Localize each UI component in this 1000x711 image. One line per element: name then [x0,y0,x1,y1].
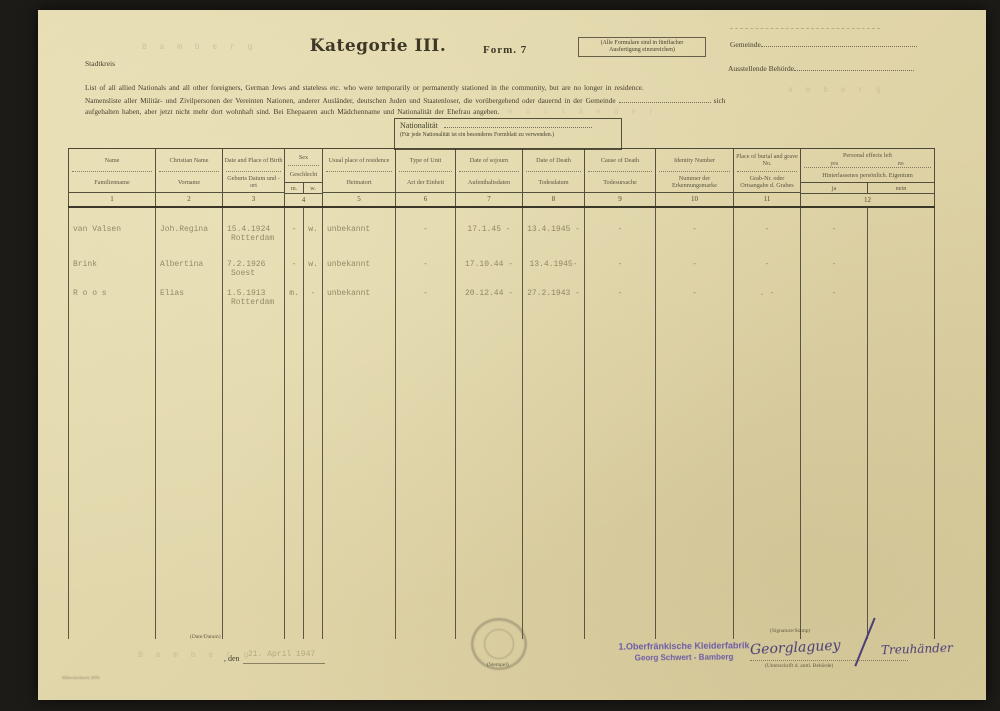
cell-burial: - [734,225,800,234]
col-header-en: Usual place of residence [323,149,395,171]
cell-residence: unbekannt [327,260,370,269]
col-header-num: 5 [323,192,395,205]
cell-burial: - [734,260,800,269]
col-header-de: Familienname [69,172,155,192]
signature-title: Treuhänder [881,641,953,657]
cell-birth-date: 15.4.1924 [227,225,270,234]
effects-nein-label: nein [867,183,934,193]
cell-birth-place: Rotterdam [231,234,274,243]
col-header-en: Type of Unit [396,149,455,171]
signature-dotted-line [750,660,908,661]
faint-nationality-value: H o l l ä n d e r [508,108,658,117]
intro-blank-line [619,102,711,103]
col-header-identity: Identity Number Nummer der Erkennungsmar… [655,149,733,206]
col-header-de: Aufenthaltsdaten [456,172,522,192]
cell-death-date: 13.4.1945 - [523,225,584,234]
col-header-de: Art der Einheit [396,172,455,192]
col-header-death-cause: Cause of Death Todesursache 9 [584,149,655,206]
effects-janein-subheader: ja nein [801,182,934,193]
nationality-box: Nationalität (Für jede Nationalität ist … [394,118,622,150]
intro-line2: Namensliste aller Militär- und Zivilpers… [85,96,725,105]
col-header-de: Todesdatum [523,172,584,192]
col-header-num: 8 [523,192,584,205]
company-stamp-line1: 1.Oberfränkische Kleiderfabrik [614,640,754,651]
col-header-en: Christian Name [156,149,222,171]
cell-vorname: Albertina [160,260,203,269]
typed-date: 21. April 1947 [248,650,315,659]
col-header-en: Date of sojourn [456,149,522,171]
form-number: Form. 7 [483,44,527,56]
col-header-en: Identity Number [656,149,733,171]
col-header-de: Vorname [156,172,222,192]
col-header-name: Name Familienname 1 [68,149,155,206]
col-header-num: 7 [456,192,522,205]
cell-unit: - [396,225,455,234]
cell-birth-place: Soest [231,269,255,278]
cell-birth-place: Rotterdam [231,298,274,307]
col-header-num: 6 [396,192,455,205]
col-header-de: Nummer der Erkennungsmarke [656,172,733,192]
date-datum-label: (Date/Datum) [190,634,221,640]
gemeinde-blank-line [761,46,917,47]
col-header-en: Sex [285,149,322,165]
intro-line2-suffix: sich [714,96,726,105]
cell-residence: unbekannt [327,225,370,234]
col-header-christian-name: Christian Name Vorname 2 [155,149,222,206]
intro-line1: List of all allied Nationals and all oth… [85,83,644,92]
body-col-sojourn: 17.1.45 - 17.10.44 - 20.12.44 - [455,208,522,639]
col-header-unit: Type of Unit Art der Einheit 6 [395,149,455,206]
copies-note-line2: Ausfertigung einzureichen) [583,47,701,54]
col-header-num: 2 [156,192,222,205]
faint-typed-city-top: B a m b e r g [142,43,256,52]
signature-name: Georglaguey [750,638,841,659]
body-col-effects: - - - [800,208,935,639]
date-underline [243,663,325,664]
col-header-burial: Place of burial and grave No. Grab-Nr. o… [733,149,800,206]
company-stamp-line2: Georg Schwert - Bamberg [614,652,754,662]
body-col-residence: unbekannt unbekannt unbekannt [322,208,395,639]
col-header-de: Geburts Datum und -ort [223,172,284,192]
cell-name: van Valsen [73,225,121,234]
body-subcol-m: - - m. [285,208,303,639]
col-header-de: Todesursache [585,172,655,192]
signature-stamp-label: (Signature/Stamp) [770,628,810,634]
body-col-sex: - - m. w. w. - [284,208,322,639]
effects-ja-label: ja [801,183,867,193]
cell-vorname: Joh.Regina [160,225,208,234]
col-header-en: Date of Death [523,149,584,171]
cell-sex-w: - [304,289,322,298]
col-header-en: Place of burial and grave No. [734,149,800,171]
cell-sex-m: - [285,260,303,269]
cell-effects-ja: - [801,225,867,234]
cell-sojourn: 17.1.45 - [456,225,522,234]
cell-birth-date: 7.2.1926 [227,260,265,269]
body-col-birth: 15.4.1924 Rotterdam 7.2.1926 Soest 1.5.1… [222,208,284,639]
cell-identity: - [656,225,733,234]
body-subcol-ja: - - - [801,208,867,639]
col-header-en: Cause of Death [585,149,655,171]
scanned-document-page: { "header": { "stadtkreis": "Stadtkreis"… [0,0,1000,711]
stempel-label: (Stempel) [487,662,509,668]
cell-name: Brink [73,260,97,269]
cell-unit: - [396,289,455,298]
cell-sojourn: 20.12.44 - [456,289,522,298]
col-header-death-date: Date of Death Todesdatum 8 [522,149,584,206]
nationality-note: (Für jede Nationalität ist ein besondere… [400,132,616,138]
behoerde-blank-line [794,70,914,71]
col-header-residence: Usual place of residence Heimatort 5 [322,149,395,206]
nationality-row: Nationalität [400,121,616,130]
col-header-de: Grab-Nr. oder Ortsangabe d. Grabes [734,172,800,192]
nationality-blank-line [444,127,592,128]
col-header-birth: Date and Place of Birth Geburts Datum un… [222,149,284,206]
col-header-sojourn: Date of sojourn Aufenthaltsdaten 7 [455,149,522,206]
cell-sex-w: w. [304,225,322,234]
sex-m-label: m. [285,183,303,193]
pencil-dash-line [730,28,880,29]
col-header-num: 1 [69,192,155,205]
col-header-num: 4 [285,193,322,206]
col-header-de: Geschlecht [285,166,322,182]
gemeinde-row: Gemeinde [730,40,917,49]
body-col-death-date: 13.4.1945 - 13.4.1945- 27.2.1943 - [522,208,584,639]
intro-line2-text: Namensliste aller Militär- und Zivilpers… [85,96,616,105]
body-col-unit: - - - [395,208,455,639]
col-header-num: 9 [585,192,655,205]
col-header-sex: Sex Geschlecht m. w. 4 [284,149,322,206]
cell-name: R o o s [73,289,107,298]
casualty-table: Name Familienname 1 Christian Name Vorna… [68,148,935,639]
col-header-de: Hinterlassenes persönlich. Eigentum [801,168,934,182]
cell-identity: - [656,260,733,269]
printer-mark: Hübscherdruck 2056 [62,675,100,680]
col-header-en: Personal effects left [801,149,934,161]
body-col-burial: - - . - [733,208,800,639]
cell-burial: . - [734,289,800,298]
cell-death-date: 13.4.1945- [523,260,584,269]
col-header-de: Heimatort [323,172,395,192]
unterschrift-label: (Unterschrift d. amtl. Behörde) [765,663,833,669]
col-header-num: 11 [734,192,800,205]
col-header-num: 12 [801,193,934,206]
cell-residence: unbekannt [327,289,370,298]
cell-sojourn: 17.10.44 - [456,260,522,269]
table-body: van Valsen Brink R o o s Joh.Regina Albe… [68,208,935,639]
cell-effects-ja: - [801,289,867,298]
sex-w-label: w. [303,183,322,193]
den-label: , den [224,654,240,663]
gemeinde-label: Gemeinde [730,40,761,49]
copies-note: (Alle Formulare sind in fünffacher Ausfe… [578,37,706,57]
col-header-en: Date and Place of Birth [223,149,284,171]
cell-death-cause: - [585,289,655,298]
cell-death-date: 27.2.1943 - [523,289,584,298]
cell-birth-date: 1.5.1913 [227,289,265,298]
body-col-vorname: Joh.Regina Albertina Elias [155,208,222,639]
col-header-en: Name [69,149,155,171]
body-col-name: van Valsen Brink R o o s [68,208,155,639]
cell-vorname: Elias [160,289,184,298]
document-paper: B a m b e r g Stadtkreis Kategorie III. … [38,10,986,700]
table-header: Name Familienname 1 Christian Name Vorna… [68,148,935,208]
col-header-num: 10 [656,192,733,205]
body-subcol-w: w. w. - [303,208,322,639]
form-title: Kategorie III. [278,36,478,56]
behoerde-label: Ausstellende Behörde [728,64,794,73]
body-col-death-cause: - - - [584,208,655,639]
col-header-effects: Personal effects left yes no Hinterlasse… [800,149,935,206]
cell-unit: - [396,260,455,269]
cell-sex-m: m. [285,289,303,298]
cell-death-cause: - [585,225,655,234]
copies-note-line1: (Alle Formulare sind in fünffacher [583,40,701,47]
stadtkreis-label: Stadtkreis [85,59,115,68]
sex-subheader: m. w. [285,182,322,193]
cell-sex-m: - [285,225,303,234]
cell-identity: - [656,289,733,298]
behoerde-row: Ausstellende Behörde [728,64,914,73]
col-header-num: 3 [223,192,284,205]
company-stamp: 1.Oberfränkische Kleiderfabrik Georg Sch… [614,640,754,662]
cell-death-cause: - [585,260,655,269]
cell-effects-ja: - [801,260,867,269]
nationality-label: Nationalität [400,121,438,130]
intro-line3: aufgehalten haben, aber jetzt nicht mehr… [85,107,499,116]
body-subcol-nein [867,208,934,639]
body-col-identity: - - - [655,208,733,639]
cell-sex-w: w. [304,260,322,269]
faint-typed-city-right: a m b e r g [788,86,885,95]
